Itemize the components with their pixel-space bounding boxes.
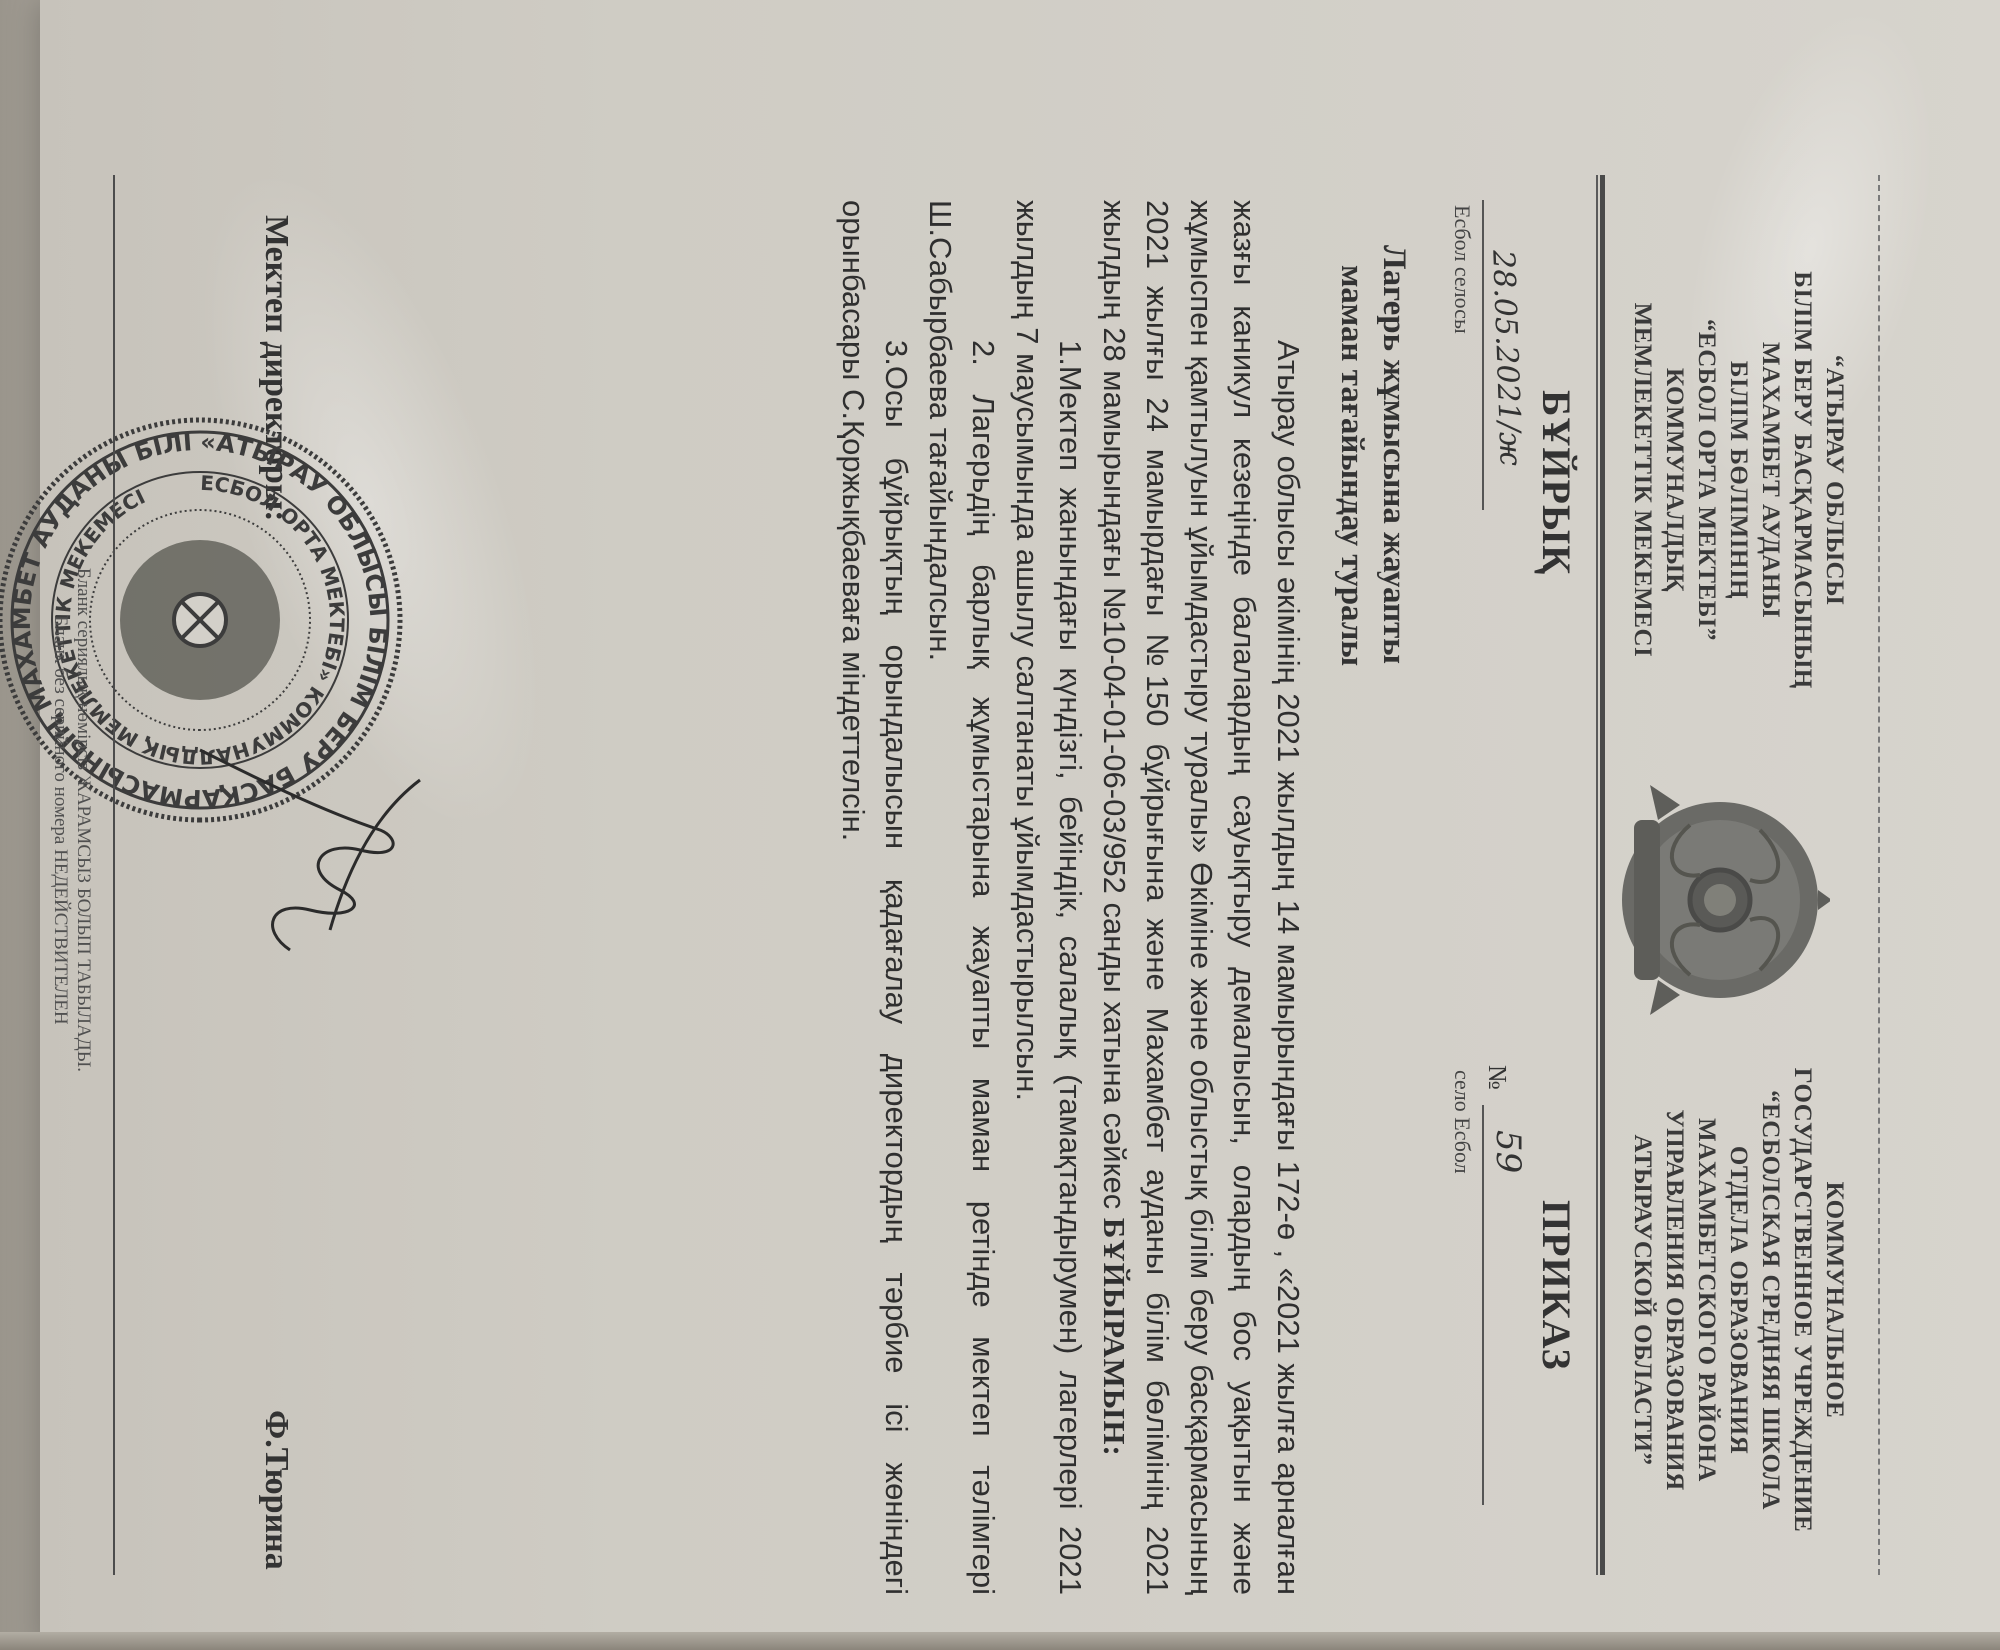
header-kz-line: “АТЫРАУ ОБЛЫСЫ (1818, 200, 1850, 760)
header-kz-line: БІЛІМ БЕРУ БАСҚАРМАСЫНЫҢ (1786, 200, 1818, 760)
header-ru-line: АТЫРАУСКОЙ ОБЛАСТИ” (1626, 1040, 1658, 1560)
blank-notice-kz: Бланк сериялық нөмірсіз ЖАРАМСЫЗ БОЛЫП Т… (72, 330, 95, 1310)
header-kz-line: МАХАМБЕТ АУДАНЫ (1754, 200, 1786, 760)
header-divider-thin (1596, 175, 1598, 1575)
order-item-1: 1.Мектеп жанындағы күндізгі, бейіндік, с… (1006, 200, 1093, 1595)
order-date: 28.05.2021/ж (1485, 249, 1528, 466)
state-emblem-icon (1620, 745, 1830, 1055)
header-divider (1600, 175, 1605, 1575)
order-title-ru: ПРИКАЗ (1533, 1200, 1580, 1371)
header-kz: “АТЫРАУ ОБЛЫСЫ БІЛІМ БЕРУ БАСҚАРМАСЫНЫҢ … (1626, 200, 1850, 760)
subject-line: маман тағайындау туралы (1331, 245, 1373, 666)
header-kz-line: МЕМЛЕКЕТТІК МЕКЕМЕСІ (1626, 200, 1658, 760)
header-ru-line: ОТДЕЛА ОБРАЗОВАНИЯ (1722, 1040, 1754, 1560)
order-subject: Лагерь жұмысына жауапты маман тағайындау… (1331, 245, 1415, 666)
header-ru-line: ГОСУДАРСТВЕННОЕ УЧРЕЖДЕНИЕ (1786, 1040, 1818, 1560)
header-kz-line: КОММУНАЛДЫҚ (1658, 200, 1690, 760)
place-ru: село Есбол (1449, 1070, 1475, 1174)
blank-notice-ru: Бланк без серийного номера НЕДЕЙСТВИТЕЛЕ… (49, 330, 72, 1310)
preamble: Атырау облысы әкімінің 2021 жылдың 14 ма… (1093, 200, 1311, 1595)
order-item-3: 3.Осы бұйрықтың орындалысын қадағалау ди… (832, 200, 919, 1595)
header-ru-line: “ЕСБОЛСКАЯ СРЕДНЯЯ ШКОЛА (1754, 1040, 1786, 1560)
order-title-kz: БҰЙРЫҚ (1533, 390, 1580, 575)
handwritten-signature (160, 720, 440, 970)
fold-line (1878, 175, 1880, 1575)
order-number: 59 (1488, 1130, 1528, 1173)
order-number-label: № (1482, 1065, 1512, 1090)
place-kz: Есбол селосы (1449, 205, 1475, 334)
signatory-name: Ф.Тюрина (257, 1410, 295, 1570)
document-page: “АТЫРАУ ОБЛЫСЫ БІЛІМ БЕРУ БАСҚАРМАСЫНЫҢ … (0, 0, 2000, 1650)
order-word: БҰЙЫРАМЫН: (1097, 1218, 1132, 1457)
header-ru-line: КОММУНАЛЬНОЕ (1818, 1040, 1850, 1560)
header-kz-line: “ЕСБОЛ ОРТА МЕКТЕБІ” (1690, 200, 1722, 760)
header-ru-line: УПРАВЛЕНИЯ ОБРАЗОВАНИЯ (1658, 1040, 1690, 1560)
header-ru: КОММУНАЛЬНОЕ ГОСУДАРСТВЕННОЕ УЧРЕЖДЕНИЕ … (1626, 1040, 1850, 1560)
header-kz-line: БІЛІМ БӨЛІМІНІҢ (1722, 200, 1754, 760)
footer-divider (113, 175, 115, 1575)
order-item-2: 2. Лагерьдің барлық жұмыстарына жауапты … (919, 200, 1006, 1595)
table-edge (0, 1632, 2000, 1650)
blank-notice: Бланк сериялық нөмірсіз ЖАРАМСЫЗ БОЛЫП Т… (49, 330, 95, 1310)
order-body: Атырау облысы әкімінің 2021 жылдың 14 ма… (832, 200, 1311, 1595)
subject-line: Лагерь жұмысына жауапты (1373, 245, 1415, 666)
header-ru-line: МАХАМБЕТСКОГО РАЙОНА (1690, 1040, 1722, 1560)
